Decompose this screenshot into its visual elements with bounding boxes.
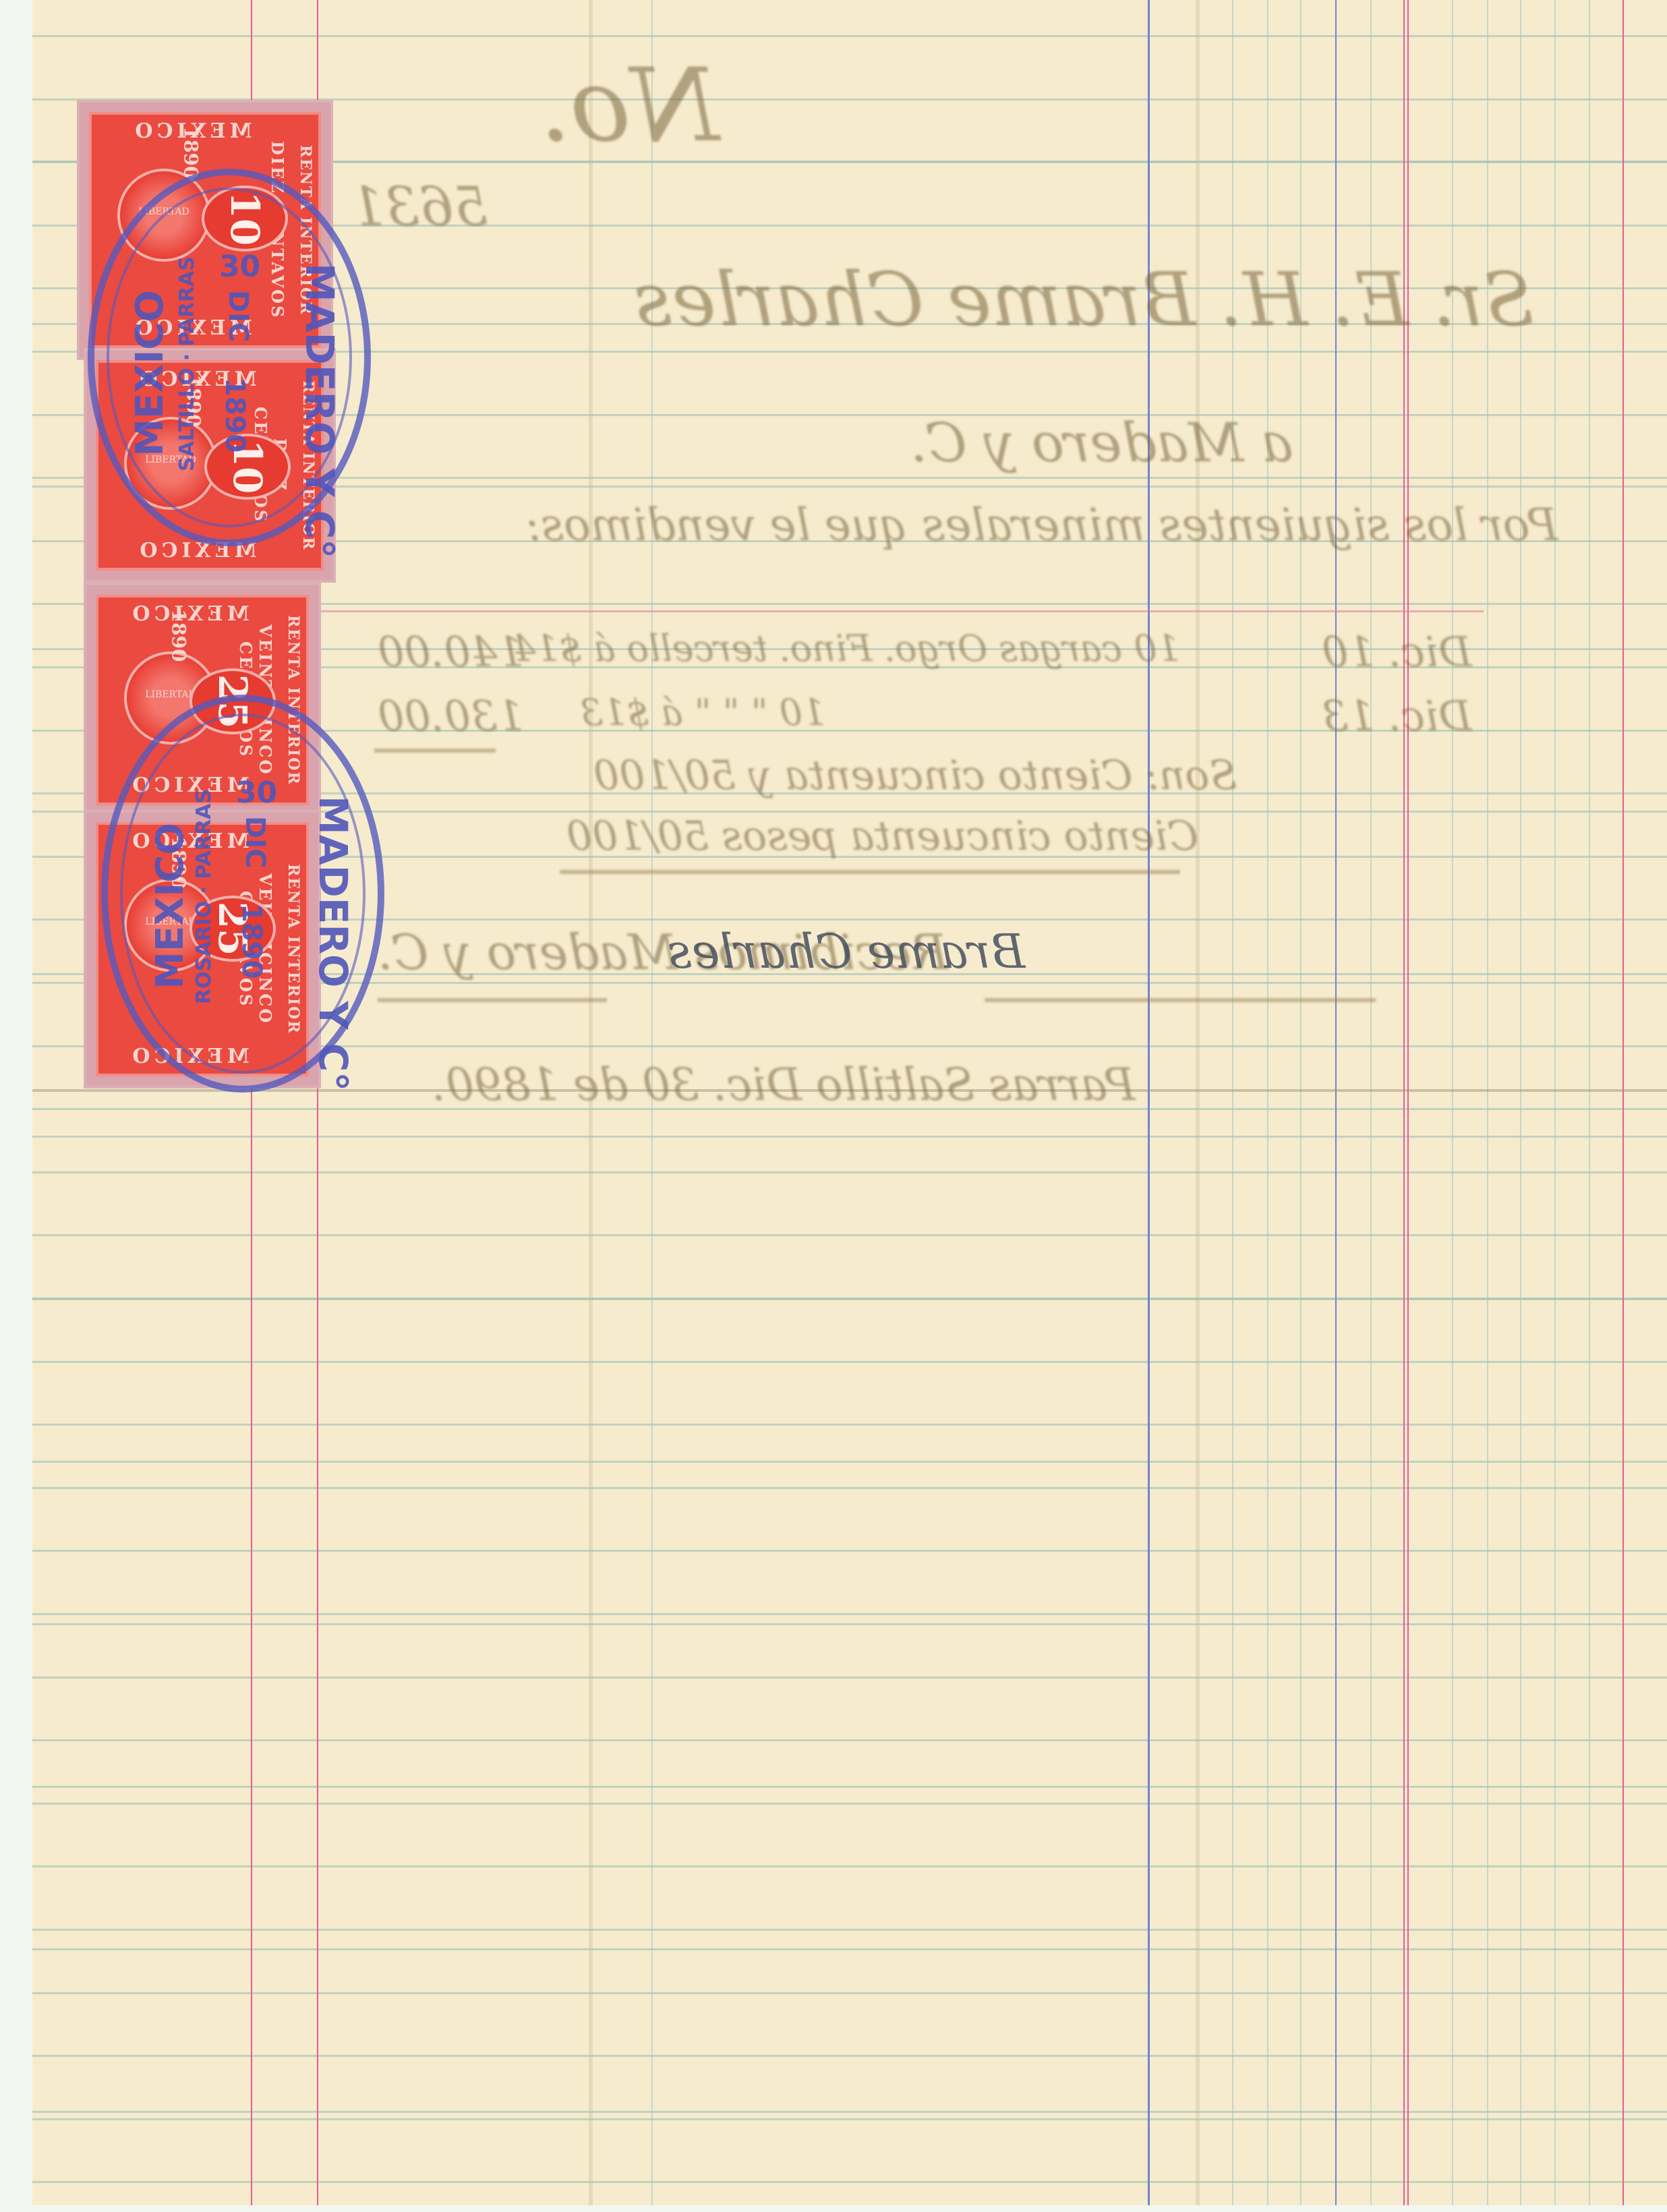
received-underline-right xyxy=(985,998,1376,1002)
cancel-country: MEXICO xyxy=(148,823,192,989)
ruling-line xyxy=(32,1298,1667,1300)
cancel-country: MEXICO xyxy=(128,290,172,457)
cancel-firm: MADERO Y C° xyxy=(310,796,356,1091)
ruling-line xyxy=(32,1487,1667,1489)
line-item-1-amount: 140.00 xyxy=(378,627,524,676)
ruling-line xyxy=(32,2055,1667,2057)
total-underline xyxy=(560,870,1180,874)
addressee: Sr. E. H. Brame Charles xyxy=(634,256,1534,343)
ruling-line xyxy=(32,2181,1667,2183)
ruling-line xyxy=(32,1361,1667,1363)
cancel-places: ROSARIO · PARRAS xyxy=(192,789,216,1004)
ruling-line xyxy=(32,1803,1667,1805)
ruling-line xyxy=(32,1739,1667,1741)
cancel-year: 1890 xyxy=(219,378,250,453)
cancellation-oval-top: MADERO Y C° MEXICO DIC 30 1890 SALTILLO … xyxy=(88,169,371,546)
signature: Brame Charles xyxy=(668,924,1025,979)
cancel-month: DIC xyxy=(239,816,270,868)
line-item-2-amount: 130.00 xyxy=(378,691,524,740)
subtotal-underline xyxy=(374,749,496,753)
ruling-line xyxy=(32,35,1667,37)
ruling-line xyxy=(32,1234,1667,1236)
ruling-line xyxy=(32,1613,1667,1615)
header-red-rule xyxy=(310,610,1484,612)
number-label: No. xyxy=(539,47,720,165)
description-line: Por los siguientes minerales que le vend… xyxy=(526,499,1558,551)
cancel-day: 30 xyxy=(236,776,277,810)
place-date: Parras Saltillo Dic. 30 de 1890. xyxy=(432,1059,1135,1111)
line-item-1-date: Dic. 10 xyxy=(1322,627,1472,676)
ruling-line xyxy=(32,98,1667,100)
line-item-2-text: 10 " " " á $13 xyxy=(580,691,825,734)
cancel-firm: MADERO Y C° xyxy=(297,263,343,558)
cancellation-oval-bottom: MADERO Y C° MEXICO DIC 30 1890 ROSARIO ·… xyxy=(101,695,384,1093)
right-pink-rule xyxy=(1622,0,1624,2205)
cancel-year: 1890 xyxy=(236,904,267,979)
total-label: Son: Ciento cincuenta y 50/100 xyxy=(593,752,1237,799)
ruling-line xyxy=(32,1171,1667,1173)
ruling-line xyxy=(32,2118,1667,2120)
stamp-year: 1890 xyxy=(168,610,190,662)
ruling-line xyxy=(32,1929,1667,1931)
line-item-1-text: 10 cargas Orgo. Fino. tercello á $14 xyxy=(513,627,1180,670)
ruling-line xyxy=(32,1550,1667,1552)
cents-rule xyxy=(1589,0,1590,2205)
cancel-day: 30 xyxy=(219,250,260,284)
cents-rule xyxy=(1554,0,1556,2205)
ruling-line xyxy=(32,1677,1667,1679)
stamp-country: MEXICO xyxy=(104,538,289,564)
line-item-2-date: Dic. 13 xyxy=(1322,691,1472,740)
stamp-year: 1890 xyxy=(180,127,202,179)
ruling-line xyxy=(32,1865,1667,1867)
receipt-number: 5631 xyxy=(351,175,488,238)
received-underline-left xyxy=(378,998,607,1002)
cancel-places: SALTILLO · PARRAS xyxy=(175,256,199,471)
ruling-line xyxy=(32,1424,1667,1426)
ruling-line xyxy=(32,1992,1667,1994)
issuer-line: a Madero y C. xyxy=(910,411,1293,474)
total-words: Ciento cincuenta pesos 50/100 xyxy=(566,813,1198,860)
cancel-month: DIC xyxy=(223,290,254,342)
